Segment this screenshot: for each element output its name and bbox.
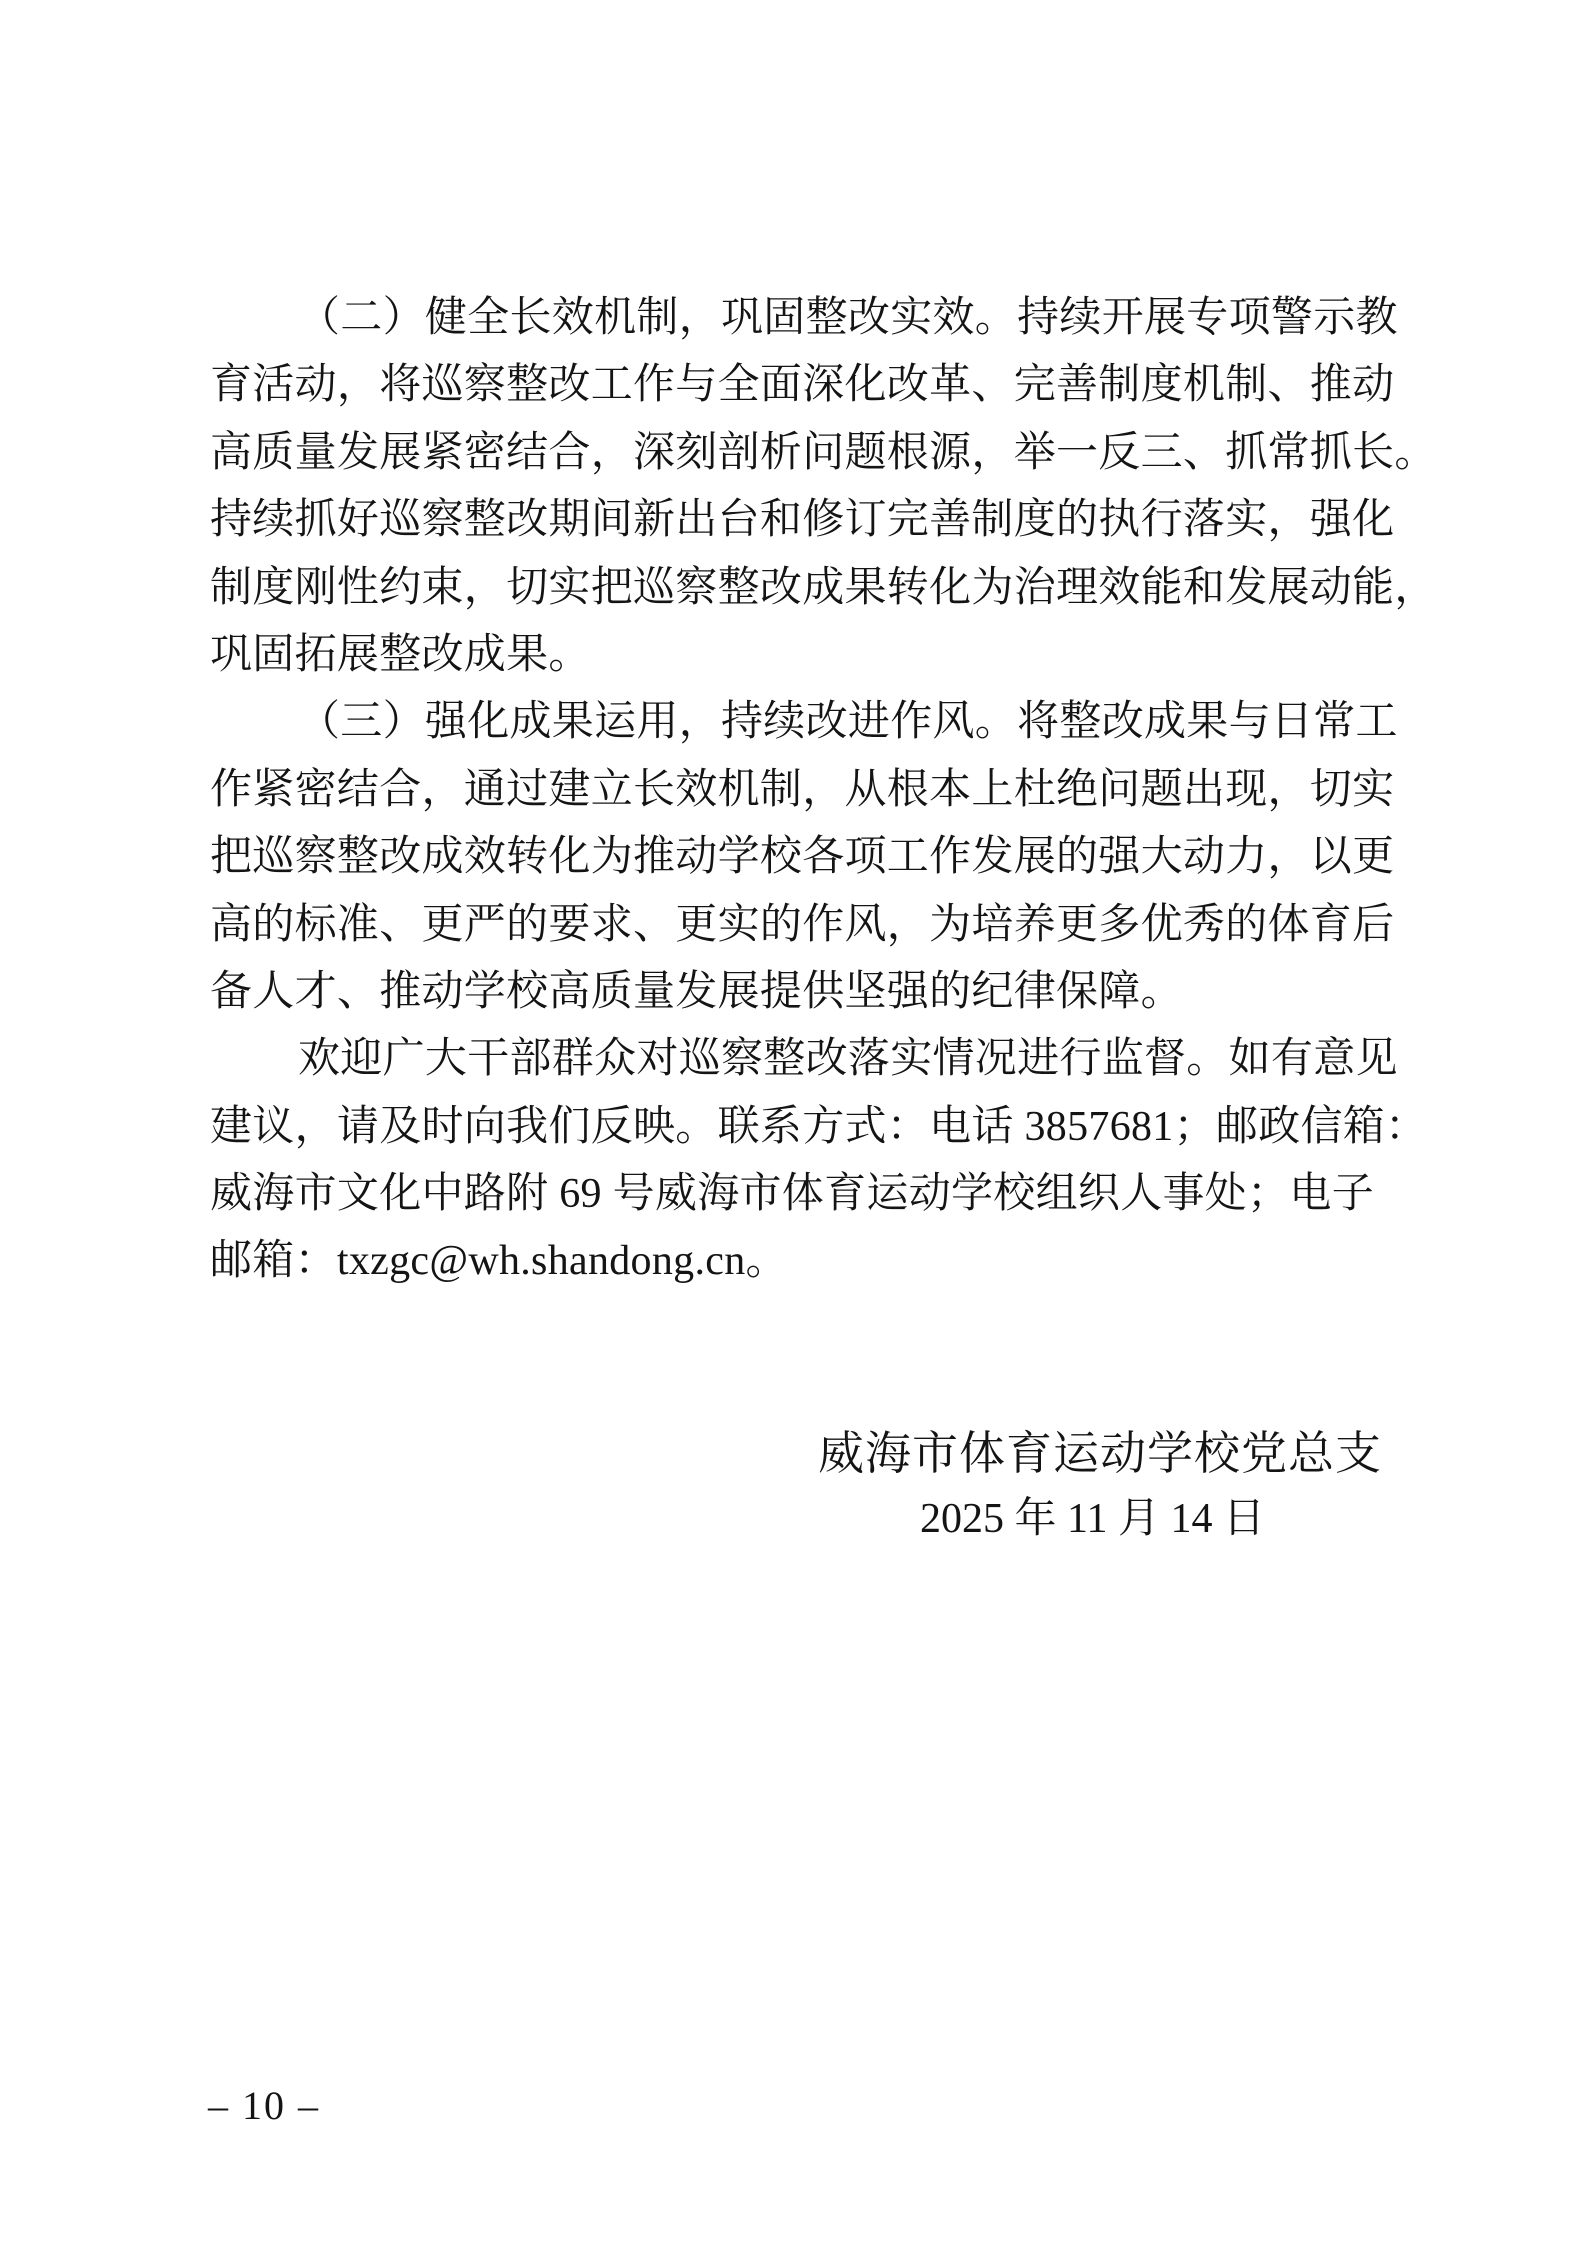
- signature-date: 2025 年 11 月 14 日: [920, 1492, 1265, 1546]
- contact-info-line: 威海市文化中路附 69 号威海市体育运动学校组织人事处；电子: [210, 1161, 1390, 1228]
- text-line: 制度刚性约束，切实把巡察整改成果转化为治理效能和发展动能，: [210, 555, 1390, 622]
- text-line: 高质量发展紧密结合，深刻剖析问题根源，举一反三、抓常抓长。: [210, 420, 1390, 487]
- text-line: 持续抓好巡察整改期间新出台和修订完善制度的执行落实，强化: [210, 487, 1390, 554]
- text-line: 作紧密结合，通过建立长效机制，从根本上杜绝问题出现，切实: [210, 757, 1390, 824]
- text-line: 高的标准、更严的要求、更实的作风，为培养更多优秀的体育后: [210, 892, 1390, 959]
- document-page: （二）健全长效机制，巩固整改实效。持续开展专项警示教 育活动，将巡察整改工作与全…: [0, 0, 1587, 2245]
- text-run: 持续开展专项警示教: [1017, 295, 1398, 341]
- section-2-heading: （二）健全长效机制，巩固整改实效。: [298, 295, 1017, 341]
- text-line: （二）健全长效机制，巩固整改实效。持续开展专项警示教: [210, 285, 1390, 352]
- text-line: 欢迎广大干部群众对巡察整改落实情况进行监督。如有意见: [210, 1026, 1390, 1093]
- text-line: 巩固拓展整改成果。: [210, 622, 1390, 689]
- page-number: – 10 –: [208, 2083, 320, 2129]
- section-3-heading: （三）强化成果运用，持续改进作风。: [298, 699, 1017, 745]
- text-line: 备人才、推动学校高质量发展提供坚强的纪律保障。: [210, 959, 1390, 1026]
- text-line: 把巡察整改成效转化为推动学校各项工作发展的强大动力，以更: [210, 824, 1390, 891]
- email-line: 邮箱：txzgc@wh.shandong.cn。: [210, 1228, 1390, 1295]
- text-run: 将整改成果与日常工: [1017, 699, 1398, 745]
- text-line: 育活动，将巡察整改工作与全面深化改革、完善制度机制、推动: [210, 352, 1390, 419]
- text-line: 建议，请及时向我们反映。联系方式：电话 3857681；邮政信箱：: [210, 1094, 1390, 1161]
- document-body: （二）健全长效机制，巩固整改实效。持续开展专项警示教 育活动，将巡察整改工作与全…: [210, 285, 1390, 1296]
- text-line: （三）强化成果运用，持续改进作风。将整改成果与日常工: [210, 689, 1390, 756]
- signature-organization: 威海市体育运动学校党总支: [818, 1425, 1382, 1483]
